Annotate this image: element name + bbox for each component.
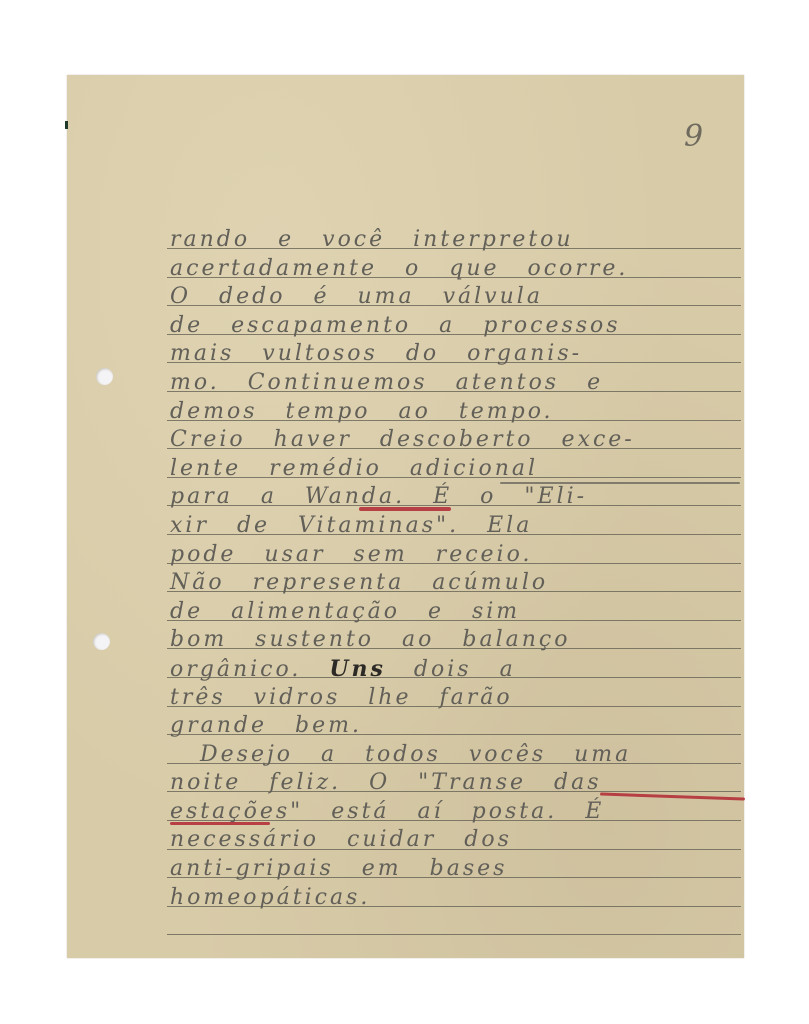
text-line-content: para a Wanda. É o "Eli- xyxy=(170,484,587,509)
text-line-content: lente remédio adicional xyxy=(170,456,538,481)
text-line: para a Wanda. É o "Eli- xyxy=(170,483,745,512)
text-line: de escapamento a processos xyxy=(170,312,745,341)
text-line: estações" está aí posta. É xyxy=(170,798,745,827)
text-line: noite feliz. O "Transe das xyxy=(170,769,745,798)
text-line-content: Desejo a todos vocês uma xyxy=(200,742,631,767)
red-underline xyxy=(170,822,270,825)
text-line: demos tempo ao tempo. xyxy=(170,398,745,427)
document-page: 9 rando e você interpretou acertadamente… xyxy=(67,75,744,958)
edge-mark xyxy=(65,121,68,129)
text-line: Creio haver descoberto exce- xyxy=(170,426,745,455)
punch-hole xyxy=(96,368,113,385)
punch-hole xyxy=(93,633,110,650)
text-line: acertadamente o que ocorre. xyxy=(170,255,745,284)
handwritten-text: rando e você interpretou acertadamente o… xyxy=(170,226,745,912)
text-line: lente remédio adicional xyxy=(170,455,745,484)
text-line: mais vultosos do organis- xyxy=(170,340,745,369)
text-line: Desejo a todos vocês uma xyxy=(170,741,745,770)
text-line: grande bem. xyxy=(170,712,745,741)
text-line: de alimentação e sim xyxy=(170,598,745,627)
text-line: pode usar sem receio. xyxy=(170,541,745,570)
text-line: necessário cuidar dos xyxy=(170,826,745,855)
text-line: xir de Vitaminas". Ela xyxy=(170,512,745,541)
text-line-content: dois a xyxy=(414,657,516,682)
overwritten-word: Uns xyxy=(329,656,386,682)
text-line: mo. Continuemos atentos e xyxy=(170,369,745,398)
text-line: três vidros lhe farão xyxy=(170,684,745,713)
ruled-line xyxy=(167,934,741,935)
text-line: orgânico. Uns dois a xyxy=(170,655,745,684)
red-underline xyxy=(359,507,451,511)
text-line: bom sustento ao balanço xyxy=(170,626,745,655)
text-line: O dedo é uma válvula xyxy=(170,283,745,312)
text-line: Não representa acúmulo xyxy=(170,569,745,598)
text-line: homeopáticas. xyxy=(170,884,745,913)
text-line-content: noite feliz. O "Transe das xyxy=(170,770,602,795)
text-line: anti-gripais em bases xyxy=(170,855,745,884)
text-line: rando e você interpretou xyxy=(170,226,745,255)
text-line-content: orgânico. xyxy=(170,657,301,682)
text-line-content: estações" está aí posta. É xyxy=(170,799,604,824)
